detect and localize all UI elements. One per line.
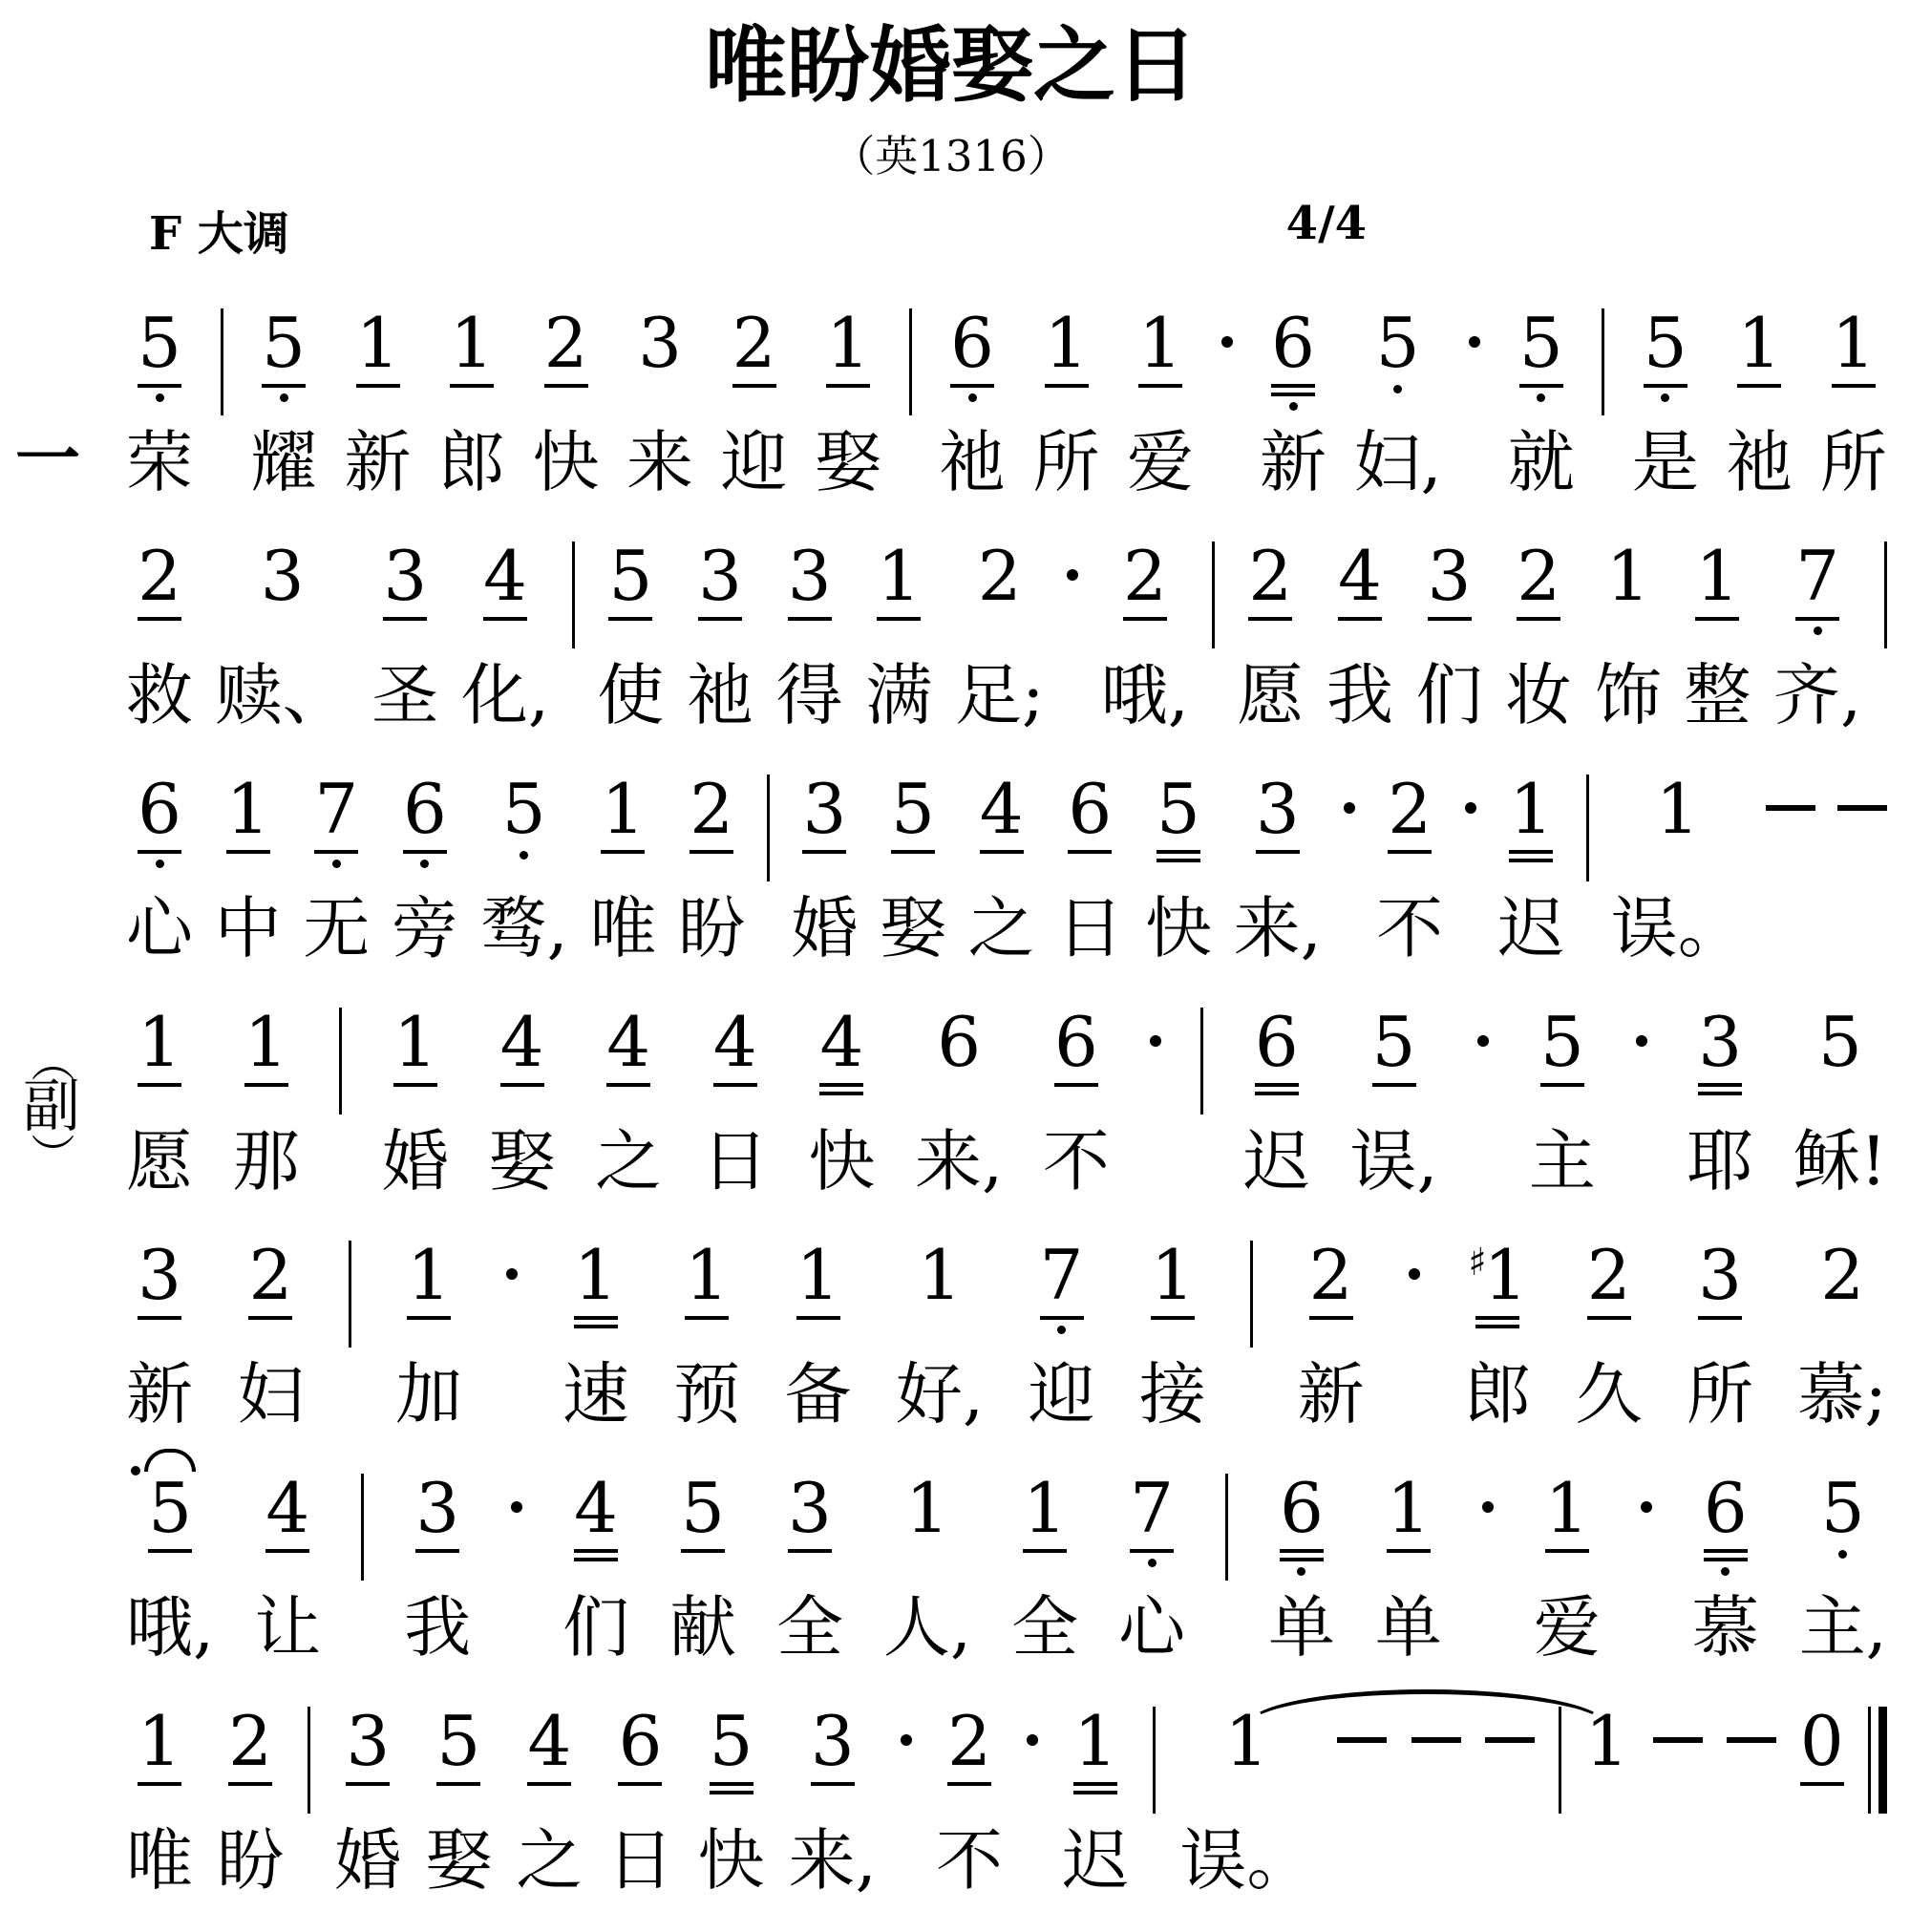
note: 1	[1656, 773, 1700, 885]
duration-marks	[947, 1775, 991, 1817]
low-octave-dot	[1289, 402, 1298, 411]
duration-marks	[265, 1542, 309, 1584]
augmentation-dot	[1067, 569, 1078, 581]
note-digit: 1	[407, 1242, 451, 1309]
note: 1	[1606, 540, 1650, 652]
note: 1	[1138, 307, 1182, 419]
note-digit: 3	[698, 542, 742, 610]
note-digit-box: 2	[1309, 1239, 1353, 1309]
note-column: 3祂	[687, 540, 753, 734]
underline-beam	[138, 617, 181, 621]
note: 2	[228, 1705, 272, 1817]
dot-box	[1344, 773, 1355, 843]
note-column	[511, 1472, 522, 1624]
note: 5	[681, 1472, 725, 1584]
underline-beam	[1248, 617, 1292, 621]
note-digit: 1	[1045, 309, 1089, 377]
lyric-char: 快	[808, 1124, 875, 1200]
note: 5	[1540, 1006, 1584, 1118]
note: 1	[226, 773, 270, 885]
lyric-char: 我	[1326, 658, 1393, 734]
note-column: 2久	[1576, 1239, 1643, 1433]
underline-beam	[436, 1782, 480, 1786]
underline-beam	[1509, 859, 1553, 862]
note-column: 3全	[776, 1472, 843, 1667]
lyric-char: 久	[1576, 1357, 1643, 1433]
note-digit: 4	[1338, 542, 1382, 610]
note: 3	[638, 307, 682, 419]
duration-marks	[1068, 843, 1112, 885]
underline-beam	[1157, 859, 1200, 862]
duration-marks	[1838, 1542, 1847, 1584]
lyric-char: 中	[215, 891, 282, 967]
lyric-char: 慕	[1692, 1590, 1759, 1667]
duration-marks	[1138, 377, 1182, 419]
note: 7	[314, 773, 358, 885]
duration-marks	[732, 377, 776, 419]
dot-box	[1469, 307, 1480, 377]
lyric-char: 人,	[883, 1590, 971, 1667]
note: 3	[1428, 540, 1472, 652]
note-digit: 5	[1376, 309, 1420, 377]
low-octave-dot	[968, 393, 977, 402]
augmentation-dot	[1477, 1035, 1489, 1047]
underline-beam	[1737, 384, 1781, 388]
note-digit: 5	[1157, 775, 1200, 843]
note-digit: 2	[732, 309, 776, 377]
note-digit: 2	[1587, 1242, 1631, 1309]
note-digit: 1	[1737, 309, 1781, 377]
note-digit-box: 3	[346, 1705, 390, 1775]
note: 4	[713, 1006, 757, 1118]
note-column	[1884, 540, 1887, 731]
augmentation-dot	[1465, 802, 1476, 814]
note-column	[1766, 773, 1815, 925]
lyric-char: 骛,	[480, 891, 568, 967]
note-digit: 5	[1818, 1008, 1862, 1076]
underline-beam	[1280, 1549, 1324, 1553]
note: 4	[1338, 540, 1382, 652]
duration-marks	[618, 1775, 662, 1817]
lyric-char: 不	[936, 1823, 1003, 1900]
note-column: 1新	[345, 307, 412, 501]
note-digit: 4	[527, 1708, 571, 1775]
lyric-char: 盼	[678, 891, 745, 967]
note-digit-box: 1	[450, 307, 494, 377]
note: 2	[1248, 540, 1292, 652]
note-digit: 1	[796, 1242, 840, 1309]
note: 1	[138, 1006, 181, 1118]
note: 6	[1054, 1006, 1098, 1118]
note: 2	[248, 1239, 292, 1351]
note: 2	[1388, 773, 1432, 885]
note: 3	[415, 1472, 459, 1584]
note-digit-box: 6	[1255, 1006, 1299, 1076]
note-column: 2盼	[678, 773, 745, 967]
note-digit: 1	[1510, 775, 1554, 843]
note-column: 3们	[1416, 540, 1483, 734]
duration-dash	[1411, 1737, 1461, 1743]
underline-beam	[1255, 1083, 1299, 1087]
duration-marks	[415, 1542, 459, 1584]
lyric-char: 来	[626, 425, 693, 501]
note: 5	[1818, 1006, 1862, 1118]
note-digit: 2	[1309, 1242, 1353, 1309]
barline	[361, 1474, 364, 1581]
barline	[221, 308, 223, 415]
note: 5	[1821, 1472, 1865, 1584]
note: ♯1	[1468, 1239, 1527, 1351]
duration-marks	[450, 377, 494, 419]
note-digit: 3	[415, 1475, 459, 1542]
note-column: 3婚	[791, 773, 858, 967]
duration-marks	[138, 1775, 181, 1817]
note-column	[349, 1239, 351, 1430]
note-digit: 4	[483, 542, 527, 610]
note-digit-box: 1	[356, 307, 400, 377]
note: 2	[1123, 540, 1167, 652]
underline-beam	[1068, 850, 1112, 854]
note-digit: 6	[1280, 1475, 1324, 1542]
note-column: 1	[1585, 1705, 1629, 1900]
lyric-char: 郎	[1464, 1357, 1531, 1433]
note-column	[1469, 307, 1480, 459]
note-digit: 5	[1821, 1475, 1865, 1542]
duration-marks	[1540, 1076, 1584, 1118]
note-digit: 6	[1271, 309, 1315, 377]
note-digit: 6	[1255, 1008, 1299, 1076]
underline-beam	[601, 850, 645, 854]
low-octave-dot	[420, 860, 429, 868]
note-digit-box: 2	[1388, 773, 1432, 843]
duration-marks	[1123, 610, 1167, 652]
open-paren: （	[37, 1038, 66, 1082]
note-digit: 4	[606, 1008, 650, 1076]
note: 7	[1795, 540, 1839, 652]
chorus-label: 副	[23, 1074, 80, 1140]
note-digit-box: 1	[138, 1006, 181, 1076]
note-digit: 4	[980, 775, 1024, 843]
note-digit-box: 4	[713, 1006, 757, 1076]
augmentation-dot	[1150, 1035, 1161, 1047]
lyric-char: 新	[1260, 425, 1326, 501]
lyric-char: 祂	[939, 425, 1006, 501]
note-digit: 5	[502, 775, 546, 843]
note-digit-box: 1	[1138, 307, 1182, 377]
lyric-char: 加	[395, 1357, 462, 1433]
duration-marks	[138, 1309, 181, 1351]
note-column: 4之	[968, 773, 1035, 967]
duration-dash	[1653, 1737, 1703, 1743]
note: 3	[383, 540, 427, 652]
lyric-char: 误,	[1349, 1124, 1437, 1200]
note-column: 1郎	[438, 307, 505, 501]
underline-beam	[1387, 1549, 1431, 1553]
note-digit-box: 1	[1151, 1239, 1195, 1309]
note-column	[909, 307, 912, 498]
underline-beam	[138, 850, 181, 854]
duration-marks	[228, 1775, 272, 1817]
underline-beam	[138, 1083, 181, 1087]
note: 1	[1023, 1472, 1067, 1584]
note-digit: 3	[1698, 1242, 1742, 1309]
note-column	[1344, 773, 1355, 925]
duration-marks	[1704, 1542, 1748, 1584]
music-system: 1唯2盼3婚5娶4之6日5快3来,2不1迟1误。10	[15, 1705, 1887, 1900]
note-column	[1636, 1006, 1647, 1158]
duration-marks	[891, 843, 935, 885]
duration-marks	[403, 843, 447, 885]
underline-beam	[500, 1083, 544, 1087]
note-digit-box: 4	[606, 1006, 650, 1076]
note-column: 5娶	[425, 1705, 492, 1900]
barline	[767, 775, 770, 881]
duration-marks	[1698, 1309, 1742, 1351]
note-digit-box: 2	[228, 1705, 272, 1775]
barline	[909, 308, 912, 415]
note-column: 1愿	[126, 1006, 193, 1200]
note-column	[1465, 773, 1476, 925]
underline-beam	[1255, 1092, 1299, 1095]
note-digit-box: 1	[1387, 1472, 1431, 1542]
underline-beam	[819, 1092, 863, 1095]
lyric-char: 旁	[392, 891, 458, 967]
note-digit: 1	[574, 1242, 618, 1309]
note-columns: 3新2妇1加1速1预1备1好,7迎1接2新♯1郎2久3所2慕;	[126, 1239, 1887, 1433]
note-digit: 5	[138, 309, 181, 377]
note-digit-box: 3	[261, 540, 305, 610]
note-digit-box: 2	[248, 1239, 292, 1309]
duration-marks	[148, 1542, 192, 1584]
note-digit-box: 5	[710, 1705, 753, 1775]
note-digit-box: 5	[1372, 1006, 1416, 1076]
note-column: 1娶	[815, 307, 881, 501]
duration-marks	[1040, 1309, 1084, 1351]
note: 4	[483, 540, 527, 652]
note-column	[901, 1705, 912, 1858]
note: 4	[500, 1006, 544, 1118]
lyric-char: 快	[1145, 891, 1212, 967]
note-digit: 3	[1428, 542, 1472, 610]
note-column: 3得	[776, 540, 843, 734]
note-digit-box: 5	[262, 307, 306, 377]
underline-beam	[788, 1549, 832, 1553]
note-digit-box: 5	[1157, 773, 1200, 843]
chorus-marker: （副）	[15, 1046, 88, 1169]
duration-marks	[1151, 1309, 1195, 1351]
note: 4	[527, 1705, 571, 1817]
note-digit: 2	[978, 542, 1022, 610]
note: 1	[826, 307, 870, 419]
note-column: 5骛,	[480, 773, 568, 967]
note-column: 2妇	[237, 1239, 304, 1433]
lyric-char: 妇,	[1354, 425, 1442, 501]
barline	[1602, 308, 1604, 415]
underline-beam	[1073, 1791, 1117, 1794]
note-column: 1预	[673, 1239, 740, 1433]
note-column: 3来,	[1234, 773, 1322, 967]
lyric-char: 所	[1033, 425, 1100, 501]
note-column: 5献	[669, 1472, 736, 1667]
note: 7	[1040, 1239, 1084, 1351]
lyric-char: 稣!	[1793, 1124, 1887, 1200]
underline-beam	[1704, 1549, 1748, 1553]
underline-beam	[574, 1325, 618, 1328]
note-digit-box: 4	[819, 1006, 863, 1076]
underline-beam	[710, 1782, 753, 1786]
note-column: 3圣	[371, 540, 438, 734]
note: 3	[138, 1239, 181, 1351]
duration-marks	[1393, 377, 1402, 419]
score: 一5荣5耀1新1郎2快3来2迎1娶6祂1所1爱6新5妇,5就5是1祂1所2救3赎…	[15, 307, 1887, 1900]
note-digit-box: 5	[138, 307, 181, 377]
duration-marks	[802, 843, 846, 885]
note-digit-box: 2	[1820, 1239, 1864, 1309]
note: 3	[1256, 773, 1300, 885]
note-digit: 1	[1484, 1242, 1528, 1309]
note-column: 5主,	[1799, 1472, 1887, 1667]
note-digit-box: 1	[1695, 540, 1739, 610]
note-column: 1祂	[1726, 307, 1793, 501]
note-digit: 1	[1023, 1475, 1067, 1542]
barline	[339, 1008, 342, 1115]
note: 5	[138, 307, 181, 419]
lyric-char: 圣	[371, 658, 438, 734]
note-digit-box: 1	[138, 1705, 181, 1775]
note-digit: 2	[228, 1708, 272, 1775]
note: 1	[918, 1239, 962, 1351]
note-column: 2快	[533, 307, 600, 501]
note-digit-box: 6	[403, 773, 447, 843]
duration-marks	[796, 1309, 840, 1351]
lyric-char: 献	[669, 1590, 736, 1667]
lyric-char: 慕;	[1797, 1357, 1887, 1433]
note-column: 1所	[1820, 307, 1887, 501]
long-tie-arc	[1246, 1689, 1607, 1726]
underline-beam	[1073, 1782, 1117, 1786]
lyric-char: 救	[126, 658, 193, 734]
note-digit: 2	[544, 309, 588, 377]
note-column: 1迟	[1062, 1705, 1129, 1900]
note-column: 4之	[516, 1705, 583, 1900]
low-octave-dot	[332, 860, 341, 868]
note: 2	[544, 307, 588, 419]
underline-beam	[1256, 850, 1300, 854]
note-columns: 5哦,4让3我4们5献3全1人,1全7心6单1单1爱6慕5主,	[126, 1472, 1887, 1667]
note-column: 1那	[233, 1006, 300, 1200]
note-digit-box: 5	[502, 773, 546, 843]
lyric-char: 化,	[461, 658, 549, 734]
underline-beam	[1388, 850, 1432, 854]
note-digit: 3	[788, 1475, 832, 1542]
note-digit: 5	[436, 1708, 480, 1775]
lyric-char: 整	[1684, 658, 1751, 734]
duration-dash	[1337, 1737, 1387, 1743]
note-column: ♯1郎	[1464, 1239, 1531, 1433]
note-digit: 1	[1138, 309, 1182, 377]
underline-beam	[802, 850, 846, 854]
duration-marks	[574, 1309, 618, 1351]
underline-beam	[732, 384, 776, 388]
underline-beam	[138, 384, 181, 388]
augmentation-dot	[1409, 1268, 1420, 1280]
underline-beam	[574, 1558, 618, 1561]
duration-marks	[244, 1076, 288, 1118]
note-column: 1饰	[1595, 540, 1662, 734]
note: 6	[618, 1705, 662, 1817]
underline-beam	[262, 384, 306, 388]
note-column: 3所	[1687, 1239, 1753, 1433]
note-column: 2不	[1376, 773, 1443, 967]
note-column: 1单	[1375, 1472, 1442, 1667]
underline-beam	[618, 1782, 662, 1786]
lyric-char: 满	[865, 658, 932, 734]
lyric-char: 迎	[1029, 1357, 1095, 1433]
note-digit-box: 3	[802, 773, 846, 843]
note-column: 6单	[1268, 1472, 1335, 1667]
stanza-marker-zone: （副）	[15, 1006, 126, 1169]
note-digit-box: 2	[732, 307, 776, 377]
final-barline-thick	[1878, 1707, 1887, 1814]
note-digit: 6	[1704, 1475, 1748, 1542]
note-column	[1641, 1472, 1652, 1624]
note-digit-box: 4	[574, 1472, 618, 1542]
duration-marks	[608, 610, 652, 652]
low-octave-dot	[1838, 1550, 1847, 1559]
note-digit-box: 2	[947, 1705, 991, 1775]
note-digit-box: 5	[891, 773, 935, 843]
note-digit-box: 6	[937, 1006, 981, 1076]
duration-marks	[980, 843, 1024, 885]
note-column: 7齐,	[1773, 540, 1861, 734]
dot-box	[1465, 773, 1476, 843]
note-column: 1加	[395, 1239, 462, 1433]
underline-beam	[346, 1782, 390, 1786]
low-octave-dot	[1661, 393, 1669, 402]
underline-beam	[226, 850, 270, 854]
note-column: 5荣	[126, 307, 193, 501]
note-digit: 3	[1698, 1008, 1742, 1076]
note-column: 6旁	[392, 773, 458, 967]
note-column: 2愿	[1237, 540, 1304, 734]
note-columns: 5荣5耀1新1郎2快3来2迎1娶6祂1所1爱6新5妇,5就5是1祂1所	[126, 307, 1887, 501]
note-digit: 3	[811, 1708, 855, 1775]
note-digit-box: 2	[1248, 540, 1292, 610]
underline-beam	[681, 1549, 725, 1553]
note-digit-box: 5	[608, 540, 652, 610]
low-octave-dot	[1814, 626, 1822, 635]
augmentation-dot	[1482, 1501, 1494, 1513]
note-column: 5误,	[1349, 1006, 1437, 1200]
lyric-char: 郎	[438, 425, 505, 501]
note-digit-box: 1	[918, 1239, 962, 1309]
lyric-char: 心	[126, 891, 193, 967]
note-digit-box: 3	[788, 540, 832, 610]
barline	[349, 1241, 351, 1348]
note-digit: 5	[891, 775, 935, 843]
note-digit-box: 3	[1698, 1006, 1742, 1076]
underline-beam	[1540, 1083, 1584, 1087]
note: 2	[1820, 1239, 1864, 1351]
note: 1	[407, 1239, 451, 1351]
underline-beam	[1509, 850, 1553, 854]
note-column: 1唯	[589, 773, 656, 967]
duration-marks	[1587, 1309, 1631, 1351]
underline-beam	[606, 1083, 650, 1087]
note: 3	[1698, 1006, 1742, 1118]
underline-beam	[314, 850, 358, 854]
note-digit: 2	[248, 1242, 292, 1309]
